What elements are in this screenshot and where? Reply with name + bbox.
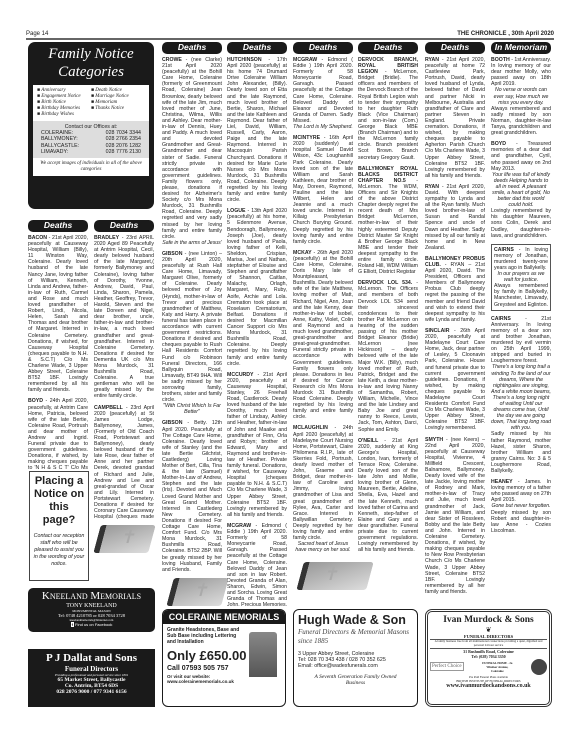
ornament-icon: ❦ (430, 626, 547, 634)
notice-entry: CAIRNS - In loving memory of Jonathan, m… (491, 244, 551, 311)
notice-text: - (nee Keers) – 22nd April 2020, peacefu… (425, 437, 485, 595)
notice-verse: Your life was full of kindly deeds Helpi… (491, 172, 551, 209)
ad-email[interactable]: Email: office@wadesfunerals.com (298, 663, 413, 669)
paper-title: THE CHRONICLE , 30th April 2020 (457, 31, 554, 37)
section-heading: Deaths (425, 42, 485, 54)
notice-entry: HEANEY - James. In loving memory of a fa… (491, 479, 551, 534)
notice-entry: BRADLEY - 23rd APRIL 2020 Aged 89 Peacef… (94, 235, 154, 400)
ad-script: Funeral Directors & Memorial Masons sinc… (298, 628, 413, 646)
notice-entry: BOYD - Treasured memories of a dear dad … (491, 141, 551, 239)
notice-entry: MCGRAW - Edmond ( Eddie ) 19th April 202… (293, 57, 353, 130)
notice-entry: O'NEILL - 21st April 2020, suddenly at K… (358, 438, 418, 554)
ad-title: Ivan Murdock & Sons (430, 614, 547, 626)
notice-column-c7: DeathsRYAN - 21st April 2020, peacefully… (425, 42, 485, 607)
section-heading: Deaths (358, 42, 418, 54)
notice-entry: LOGUE - 13th April 2020 (peacefully) at … (227, 208, 287, 366)
notice-text: - 23rd April 2020 (peacefully) at St Jam… (94, 405, 154, 520)
crest-icon (531, 659, 547, 675)
notice-name: BOYD (491, 141, 506, 147)
ad-title: P J Dallat and Sons (28, 649, 155, 665)
notice-text: - 21st April 2020, peacefully at Causewa… (227, 372, 287, 518)
notice-text: - (nee Clarke) 21st April 2020 (peaceful… (162, 57, 222, 240)
headstone-icon (249, 632, 277, 677)
office-row: LIMAVADY:028 7776 2130 (41, 149, 141, 155)
page-number: Page 14 (26, 31, 48, 37)
notice-text: - McLernon, Bridget (Bridie). The office… (358, 69, 418, 160)
notice-column-c5: DeathsMCGRAW - Edmond ( Eddie ) 19th Apr… (293, 42, 353, 562)
placing-body: Contact our reception staff who will be … (32, 533, 86, 568)
notice-column-c4: DeathsHUTCHINSON - 17th April 2020 (peac… (227, 42, 287, 607)
page-header: Page 14 THE CHRONICLE , 30th April 2020 (26, 28, 554, 40)
section-heading: Deaths (28, 220, 88, 232)
notice-entry: DERVOCK LOL 534. - McLernon. The Officer… (358, 280, 418, 432)
facebook-link[interactable]: f Find us on Facebook (28, 622, 155, 627)
ad-middle: Perfect Choice FUNERAL HOME - 2a Windsor… (430, 659, 547, 675)
notice-text: - 26th April 2020 (peacefully) at the Bo… (293, 250, 353, 421)
notice-entry: MCCURDY - 21st April 2020, peacefully at… (227, 372, 287, 518)
notice-entry: BALLYMONEY ROYAL BLACKS DISTRICT CHAPTER… (358, 166, 418, 276)
notice-text: - 21st April 2020, suddenly at King Geor… (358, 438, 418, 554)
notice-name: BOYD (28, 398, 43, 404)
notice-verse: There's a long long trail a winding To t… (491, 364, 551, 431)
notice-verse: No verse or words can ever say, How much… (491, 87, 551, 105)
notice-text: - 21st April 2020, peacefully at home 72… (425, 57, 485, 179)
notice-text: - McLernon. The Officers and members of … (358, 280, 418, 432)
category-item: Thanks Notice (91, 106, 145, 112)
placing-title: Placing a Notice on this page? (32, 475, 86, 527)
notice-column-c8: In MemoriamBOOTH - 1st Anniversary. In l… (491, 42, 551, 607)
section-heading: In Memoriam (491, 42, 551, 54)
notice-verse: Safe in the arms of Jesus' (162, 240, 222, 246)
ad-website[interactable]: www.colerainememorials.co.uk (163, 679, 285, 684)
notice-column-c2: DeathsBRADLEY - 23rd APRIL 2020 Aged 89 … (94, 220, 154, 520)
ad-desc: A family business free from all multinat… (430, 639, 547, 649)
notice-name: RYAN (425, 57, 439, 63)
notice-text: - 24th April 2020 (peacefully) at Madela… (293, 425, 353, 541)
ad-funeral-home: FUNERAL HOME - 2a Windsor Avenue, Colera… (480, 661, 515, 673)
notice-name: BRADLEY (94, 235, 119, 241)
notice-name: CROWE (162, 57, 182, 63)
notice-text: - 26th April 2020, peacefully at Madelay… (425, 328, 485, 432)
categories-title: Family Notice Categories (31, 45, 151, 81)
notice-text: - 21st Anniversary. In loving memory of … (491, 316, 551, 365)
notice-entry: MCINTYRE - 16th April 2020 (suddenly) at… (293, 135, 353, 245)
ad-website[interactable]: www.ivanmurdockandsons.co.uk (430, 683, 547, 689)
notice-text: - RYAN – 21st April 2020, David. The Pre… (425, 262, 485, 323)
notice-text: - 16th April 2020 (suddenly) at hospital… (293, 135, 353, 245)
notice-entry: RYAN - 21st April 2020, David. With deep… (425, 184, 485, 251)
section-heading: Deaths (94, 220, 154, 232)
notice-name: CAIRNS (494, 247, 514, 253)
notice-text: - 21st April 2020, David. With deepest s… (425, 184, 485, 251)
ad-footer: A Seventh Generation Family Owned Busine… (298, 674, 413, 686)
notice-name: BACON (28, 235, 47, 241)
notice-entry: HUTCHINSON - 17th April 2020 (peacefully… (227, 57, 287, 203)
notice-name: MCKAY (293, 250, 312, 256)
notice-name: MCCURDY (227, 372, 254, 378)
notice-entry: MCKAY - 26th April 2020 (peacefully) at … (293, 250, 353, 421)
notice-column-c6: DeathsDERVOCK BRANCH, ROYAL BRITISH LEGI… (358, 42, 418, 607)
notice-verse: Sacred heart of Jesus have mercy on her … (293, 541, 353, 553)
notice-after: Sadly missed by his father Raymond, moth… (491, 431, 551, 474)
category-list: Anniversary Death Notice Engagement Noti… (33, 85, 149, 121)
notice-name: MCINTYRE (293, 135, 320, 141)
notice-name: GIBSON (162, 251, 182, 257)
ivan-murdock-ad: Ivan Murdock & Sons ❦ FUNERAL DIRECTORS … (425, 609, 552, 707)
perfect-choice-logo: Perfect Choice (430, 662, 464, 671)
ad-sub: Funeral Directors (28, 665, 155, 673)
notice-name: CAIRNS (491, 316, 511, 322)
notice-name: MCGRAW (227, 523, 251, 529)
notice-after: Lovingly remembered by his daughter Maur… (491, 208, 551, 238)
notice-text: - 17th April 2020 (peacefully) at his ho… (227, 57, 287, 203)
notice-name: SMYTH (425, 437, 443, 443)
notice-text: - Edmond ( Eddie ) 19th April 2020. Form… (227, 523, 287, 607)
notice-verse: "With Christ Which Is Far Better" (162, 403, 222, 415)
notice-name: MCGRAW (293, 57, 317, 63)
bible-icon (296, 562, 374, 590)
accept-note: We accept images of individuals in all o… (33, 158, 149, 176)
office-tel: 028 7776 2130 (106, 149, 141, 155)
kneeland-ad: Kneeland Memorials TONY KNEELAND MONUMEN… (28, 588, 155, 632)
notice-entry: GIBSON - (nee Linton) – 20th April 2020,… (162, 251, 222, 416)
notice-text: - 24th April 2020, peacefully, at Antrim… (28, 398, 88, 470)
office-name: LIMAVADY: (41, 149, 68, 155)
notice-entry: DERVOCK BRANCH, ROYAL BRITISH LEGION - M… (358, 57, 418, 161)
notice-name: HUTCHINSON (227, 57, 262, 63)
notice-entry: MCGRAW - Edmond ( Eddie ) 19th April 202… (227, 523, 287, 607)
notice-after: Always remembered by family in Ballykell… (494, 283, 548, 307)
ad-title: Hugh Wade & Son (298, 612, 413, 628)
notice-name: BOOTH (491, 57, 510, 63)
notice-text: - McLernon. The WDM, Officers and Sir Kn… (358, 178, 418, 275)
notice-column-c1: DeathsBACON - 21st April 2020, peacefull… (28, 220, 88, 470)
notice-text: - 13th April 2020 (peacefully) at his ho… (227, 208, 287, 366)
notice-entry: MCLAUGHLIN - 24th April 2020 (peacefully… (293, 425, 353, 553)
notice-entry: BACON - 21st April 2020, peacefully at C… (28, 235, 88, 393)
notice-entry: BOOTH - 1st Anniversary. In loving memor… (491, 57, 551, 136)
notice-after: Always remembered and sadly missed by so… (491, 106, 551, 136)
notice-name: SINCLAIR (425, 328, 450, 334)
notice-column-c3: DeathsCROWE - (nee Clarke) 21st April 20… (162, 42, 222, 577)
ad-title: Kneeland Memorials (28, 588, 155, 603)
notice-verse: In our prayers as we wait for justice. (494, 271, 548, 283)
coleraine-memorials-ad: COLERAINE MEMORIALS Granite Headstones, … (162, 609, 286, 707)
notice-entry: CAMPBELL - 23rd April 2020 (peacefully) … (94, 405, 154, 520)
placing-notice-box: Placing a Notice on this page? Contact o… (29, 471, 89, 581)
notice-text: - (nee Linton) – 20th April 2020, peacef… (162, 251, 222, 403)
section-heading: Deaths (162, 42, 222, 54)
bible-icon (166, 578, 229, 606)
notice-name: MCLAUGHLIN (293, 425, 328, 431)
notice-text: - 21st April 2020, peacefully at Causewa… (28, 235, 88, 393)
ad-desc: Granite Headstones, Base and Sub Base in… (163, 624, 248, 648)
notice-text: - Betty. 12th April 2020. Peacefully at … (162, 420, 222, 572)
notice-name: HEANEY (491, 479, 513, 485)
notice-text: - Edmond ( Eddie ) 19th April 2020. Form… (293, 57, 353, 124)
notice-entry: CROWE - (nee Clarke) 21st April 2020 (pe… (162, 57, 222, 246)
notice-entry: BOYD - 24th April 2020, peacefully, at A… (28, 398, 88, 470)
notice-entry: BALLYMONEY PROBUS CLUB. - RYAN – 21st Ap… (425, 256, 485, 323)
notice-entry: GIBSON - Betty. 12th April 2020. Peacefu… (162, 420, 222, 572)
notice-name: CAMPBELL (94, 405, 123, 411)
facebook-label: Find us on Facebook (75, 622, 112, 627)
categories-box: Family Notice Categories Anniversary Dea… (28, 42, 154, 209)
hugh-wade-ad: Hugh Wade & Son Funeral Directors & Memo… (293, 609, 418, 707)
contact-offices: Contact our Offices at: COLERAINE:028 70… (33, 121, 149, 158)
notice-name: O'NEILL (358, 438, 378, 444)
category-item: Birthday Wishes (37, 112, 91, 118)
ad-title: COLERAINE MEMORIALS (163, 610, 285, 624)
notice-name: RYAN (425, 184, 439, 190)
notice-verse: The Lord is My Shepherd. (293, 124, 353, 130)
facebook-icon: f (71, 622, 74, 627)
dallat-ad: P J Dallat and Sons Funeral Directors Pr… (28, 649, 155, 707)
notice-name: LOGUE (227, 208, 245, 214)
notice-name: GIBSON (162, 420, 182, 426)
notice-entry: SMYTH - (nee Keers) – 22nd April 2020, p… (425, 437, 485, 595)
notice-text: - 23rd APRIL 2020 Aged 89 Peacefully at … (94, 235, 154, 399)
notice-name: DERVOCK LOL 534. (358, 280, 412, 286)
notice-entry: SINCLAIR - 26th April 2020, peacefully a… (425, 328, 485, 432)
notice-after: Deeply missed by son Robert and daughter… (491, 510, 551, 534)
bible-icon (93, 525, 156, 553)
notice-entry: CAIRNS - 21st Anniversary. In loving mem… (491, 316, 551, 474)
section-heading: Deaths (227, 42, 287, 54)
ad-tel: 028 2076 9000 / 077 9341 6156 (28, 689, 155, 695)
section-heading: Deaths (293, 42, 353, 54)
notice-entry: RYAN - 21st April 2020, peacefully at ho… (425, 57, 485, 179)
